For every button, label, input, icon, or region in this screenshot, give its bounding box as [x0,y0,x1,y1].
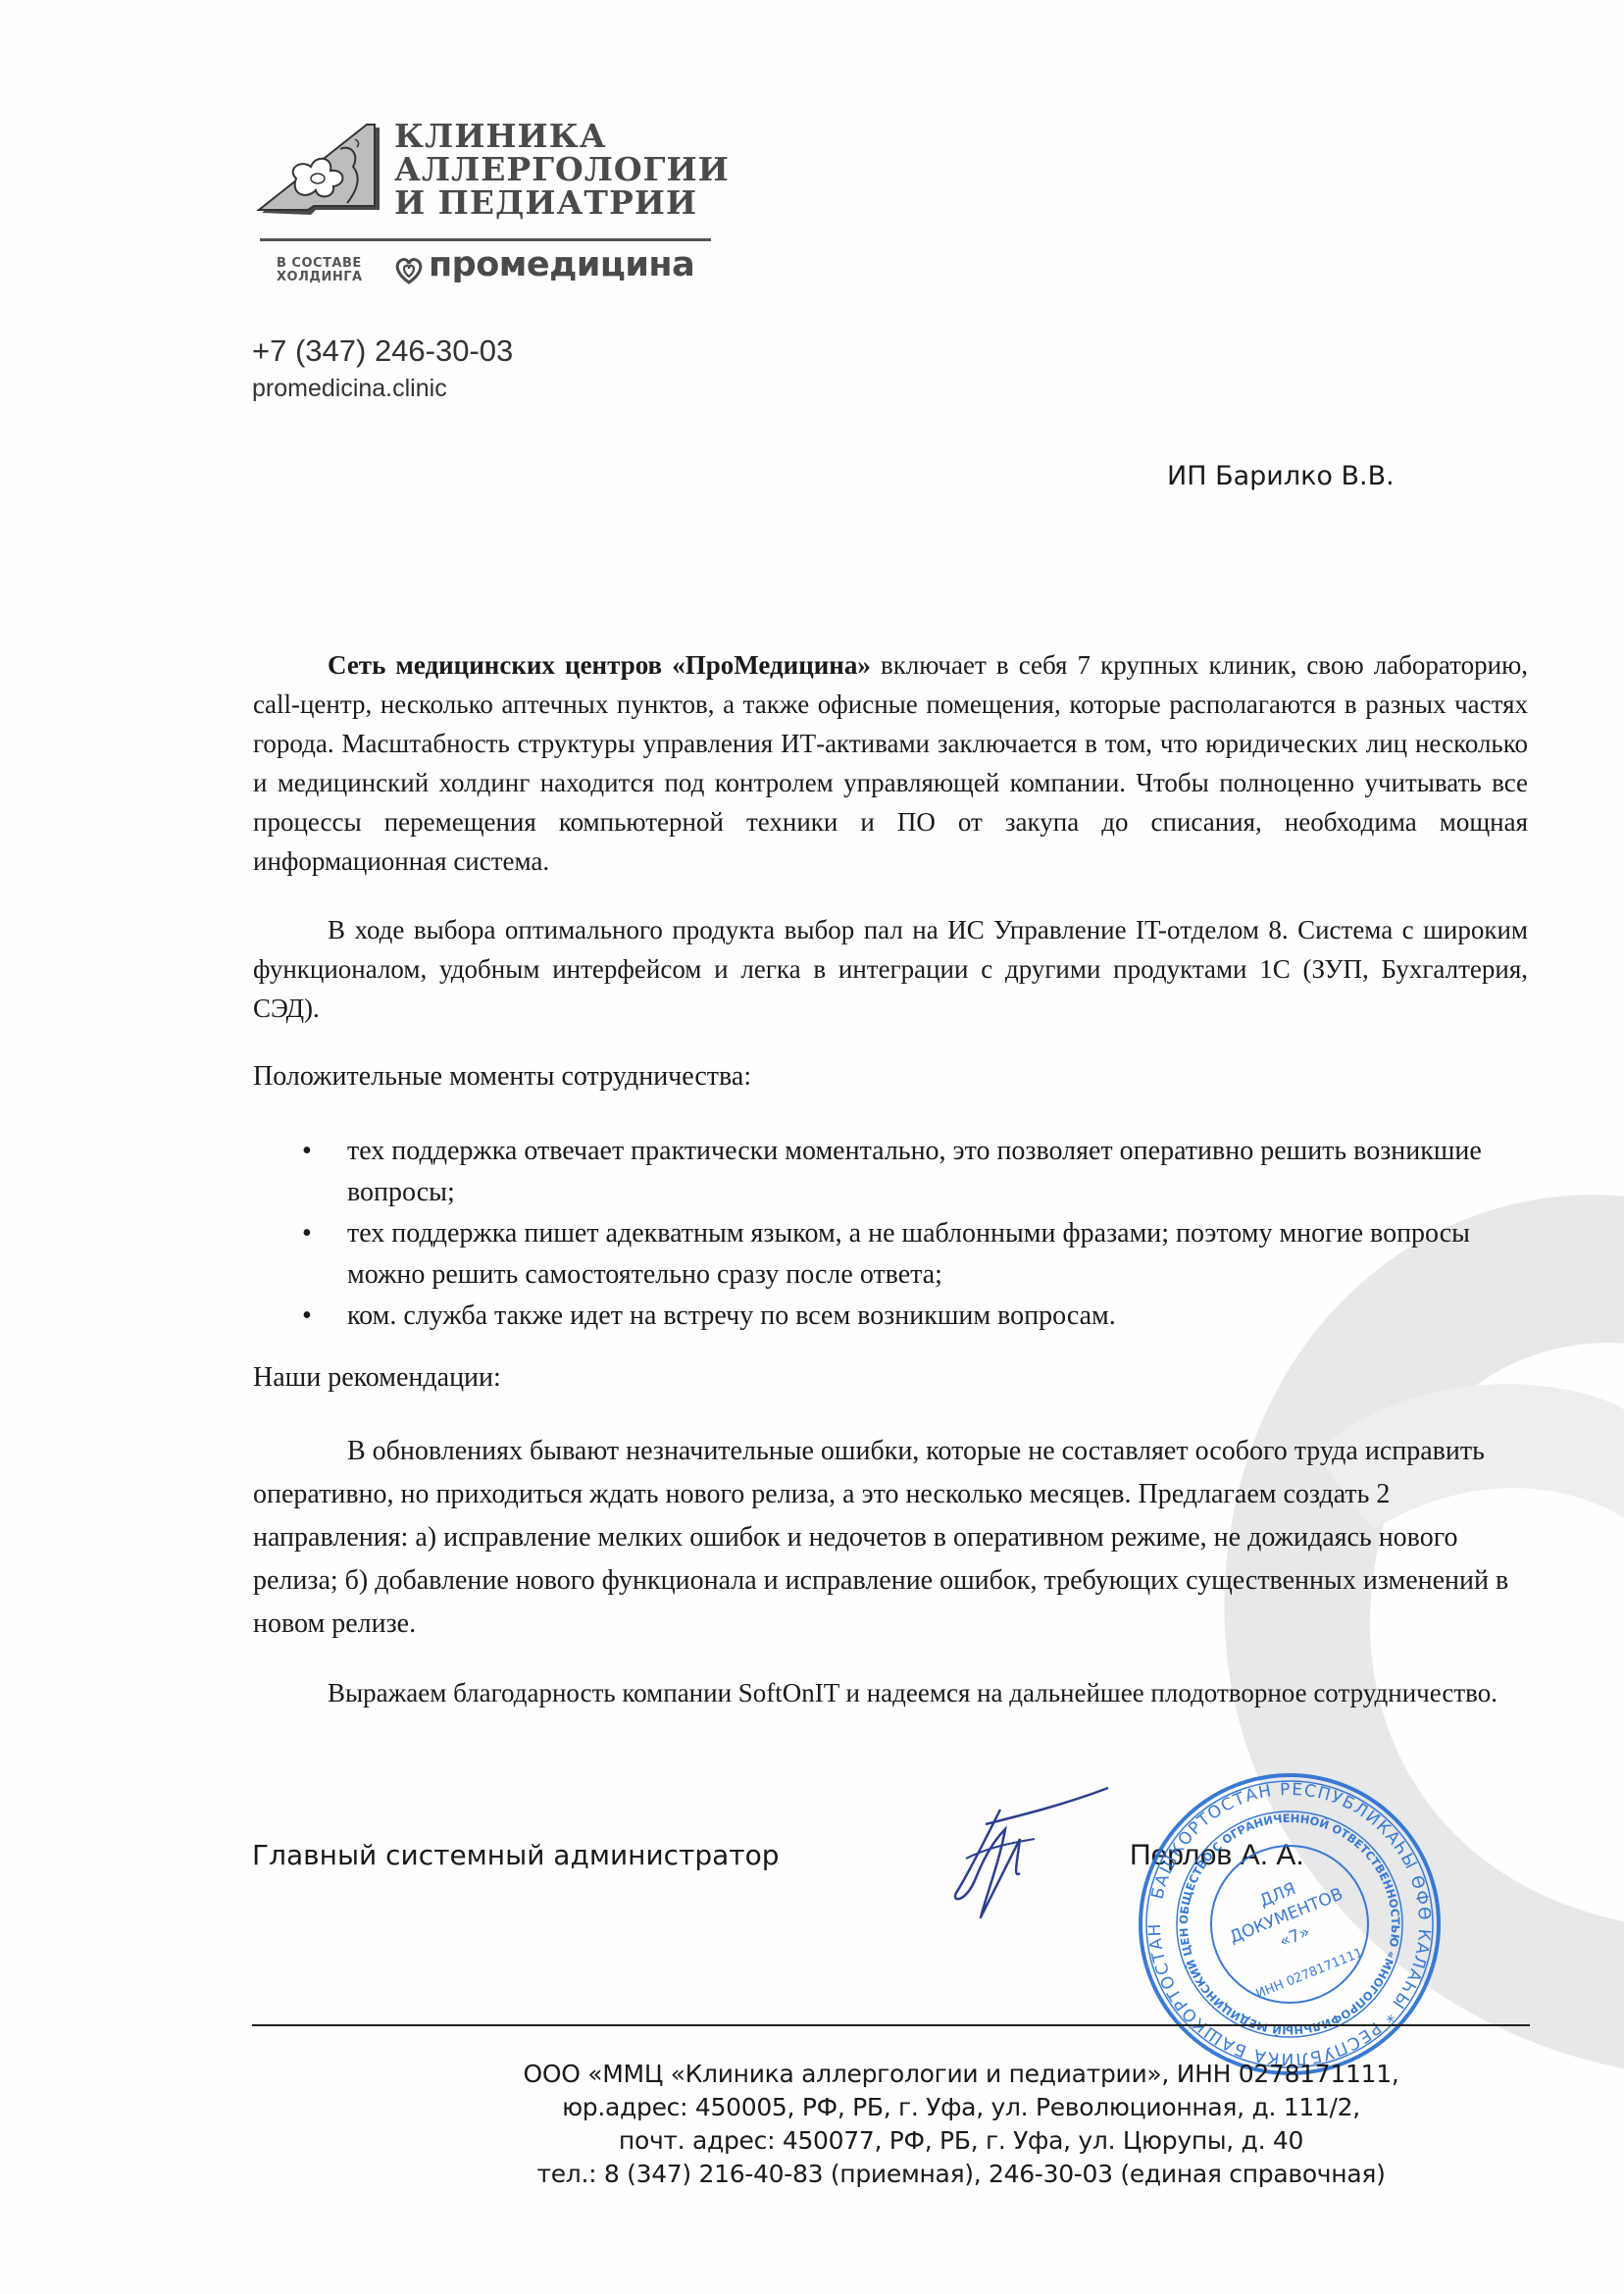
list-item-text: тех поддержка отвечает практически момен… [347,1136,1482,1207]
recommendations-heading: Наши рекомендации: [253,1356,1538,1400]
list-item: •тех поддержка отвечает практически моме… [253,1131,1528,1213]
paragraph-intro-text: включает в себя 7 крупных клиник, свою л… [253,650,1528,876]
footer-phones: тел.: 8 (347) 216-40-83 (приемная), 246-… [294,2158,1624,2191]
footer-company-line: ООО «ММЦ «Клиника аллергологии и педиатр… [294,2058,1624,2091]
clinic-phone: +7 (347) 246-30-03 [252,333,513,369]
company-name-bold: Сеть медицинских центров «ПроМедицина» [328,650,871,680]
bullet-icon: • [302,1296,312,1337]
paragraph-closing: Выражаем благодарность компании SoftOnIT… [253,1673,1528,1712]
recipient: ИП Барилко В.В. [1167,461,1395,491]
clinic-logo: КЛИНИКА АЛЛЕРГОЛОГИИ И ПЕДИАТРИИ В СОСТА… [257,120,718,296]
handwritten-signature-icon [946,1780,1113,1927]
footer-company-details: ООО «ММЦ «Клиника аллергологии и педиатр… [294,2058,1624,2191]
clinic-flower-triangle-icon [257,120,389,218]
list-item: •тех поддержка пишет адекватным языком, … [253,1213,1528,1296]
holding-label-line-2: ХОЛДИНГА [277,271,363,284]
paragraph-closing-text: Выражаем благодарность компании SoftOnIT… [328,1678,1497,1708]
clinic-name-line-1: КЛИНИКА [394,120,730,153]
clinic-name: КЛИНИКА АЛЛЕРГОЛОГИИ И ПЕДИАТРИИ [394,120,730,220]
footer-legal-address: юр.адрес: 450005, РФ, РБ, г. Уфа, ул. Ре… [294,2091,1624,2124]
clinic-name-line-3: И ПЕДИАТРИИ [394,186,730,220]
list-item-text: тех поддержка пишет адекватным языком, а… [347,1218,1470,1290]
stamp-inn: ИНН 0278171111 [1254,1946,1365,2002]
paragraph-intro: Сеть медицинских центров «ПроМедицина» в… [253,645,1528,881]
paragraph-recommendations-text: В обновлениях бывают незначительные ошиб… [253,1436,1508,1639]
holding-brand-name: промедицина [429,245,694,284]
logo-divider [260,238,711,241]
signatory-title: Главный системный администратор [252,1839,780,1871]
positives-heading: Положительные моменты сотрудничества: [253,1055,1538,1098]
paragraph-product-choice: В ходе выбора оптимального продукта выбо… [253,910,1528,1028]
positives-list: •тех поддержка отвечает практически моме… [253,1131,1528,1337]
list-item-text: ком. служба также идет на встречу по все… [347,1300,1116,1331]
paragraph-recommendations: В обновлениях бывают незначительные ошиб… [253,1430,1538,1646]
holding-label-line-1: В СОСТАВЕ [277,257,363,271]
paragraph-product-choice-text: В ходе выбора оптимального продукта выбо… [253,915,1528,1023]
clinic-name-line-2: АЛЛЕРГОЛОГИИ [394,153,730,186]
footer-postal-address: почт. адрес: 450077, РФ, РБ, г. Уфа, ул.… [294,2124,1624,2158]
official-stamp-icon: БАШКОРТОСТАН РЕСПУБЛИКАҺЫ ӨФӨ КАЛАҺЫ * Р… [1136,1770,1444,2078]
promedicina-heart-icon [394,257,424,284]
bullet-icon: • [302,1213,312,1254]
clinic-website: promedicina.clinic [252,375,447,403]
bullet-icon: • [302,1131,312,1172]
list-item: •ком. служба также идет на встречу по вс… [253,1296,1528,1337]
holding-label: В СОСТАВЕ ХОЛДИНГА [277,257,363,284]
footer-divider [252,2024,1530,2026]
